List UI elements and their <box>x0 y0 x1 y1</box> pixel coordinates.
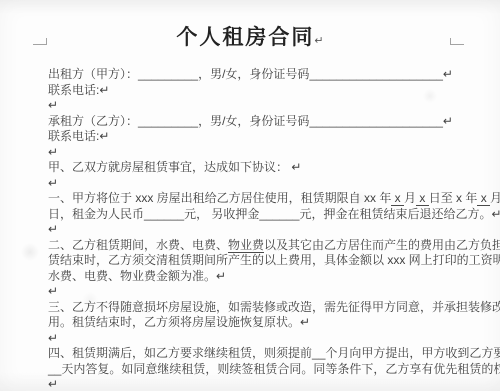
text-segment: 用。租赁结束时，乙方须将房屋设施恢复原状。↵ <box>48 315 310 329</box>
text-segment: ↵ <box>48 145 58 159</box>
contract-line: 联系电话:↵ <box>48 129 500 145</box>
text-segment: ↵ <box>48 331 58 345</box>
paragraph-mark-icon: ↵ <box>314 35 323 47</box>
contract-line: 日，租金为人民币______元， 另收押金______元，押金在租赁结束后退还给… <box>48 207 500 223</box>
contract-line: 赁结束时，乙方须交清租赁期间所产生的以上费用，具体金额以 xxx 网上打印的工资… <box>48 253 500 269</box>
text-segment: 联系电话:↵ <box>48 83 109 97</box>
text-segment: 天内答复。如同意继续租赁，则续签租赁合同。同等条件下，乙方享有优先租赁的权利。↵ <box>61 362 500 376</box>
contract-line: 用。租赁结束时，乙方须将房屋设施恢复原状。↵ <box>48 315 500 331</box>
text-segment: 承租方（乙方）： <box>48 114 138 128</box>
text-segment: 二、乙方租赁期间，水费、电费、 <box>48 238 228 252</box>
text-segment: 以及其它由乙方居住而产生的费用由乙方负担。租 <box>264 238 500 252</box>
text-segment: __ <box>312 346 325 360</box>
text-segment: _________ <box>138 67 198 81</box>
text-segment: 联系电话:↵ <box>48 129 109 143</box>
contract-line: 四、租赁期满后，如乙方要求继续租赁，则须提前__个月向甲方提出，甲方收到乙方要求… <box>48 346 500 362</box>
text-segment: 赁结束时，乙方须交清租赁期间所产生的以上费用，具体金额以 xxx 网上打印的工资… <box>48 253 500 267</box>
underlined-blank: x <box>477 191 490 206</box>
text-segment: ↵ <box>443 114 453 128</box>
text-segment: ____________________ <box>309 114 442 128</box>
text-segment: 甲、乙双方就房屋租赁事宜，达成如下协议： ↵ <box>48 160 301 174</box>
text-segment: ↵ <box>443 67 453 81</box>
contract-line: 水费、电费、物业费金额为准。↵ <box>48 269 500 285</box>
text-segment: 水费、电费、物业费金额为准。↵ <box>48 269 226 283</box>
contract-line: 三、乙方不得随意损坏房屋设施，如需装修或改造，需先征得甲方同意，并承担装修改造费 <box>48 300 500 316</box>
text-segment: ↵ <box>48 284 58 298</box>
text-segment: 日至 x 年 <box>429 191 478 205</box>
underlined-blank: x <box>416 191 429 206</box>
text-segment: ____________________ <box>309 67 442 81</box>
text-segment: __ <box>48 362 61 376</box>
contract-line: ↵ <box>48 98 500 114</box>
underlined-blank: 物业费 <box>228 238 264 253</box>
contract-line: ↵ <box>48 377 500 391</box>
text-segment: 元， 另收押金 <box>184 207 259 221</box>
text-segment: ______ <box>144 207 184 221</box>
text-segment: 三、乙方不得随意损坏房屋设施，如需装修或改造，需先征得甲方同意，并承担装修改造费 <box>48 300 500 314</box>
text-segment: 一、甲方将位于 xxx 房屋出租给乙方居住使用，租赁期限自 xx 年 <box>48 191 391 205</box>
text-segment: 元，押金在租赁结束后退还给乙方。↵ <box>299 207 500 221</box>
text-segment: ，男/女，身份证号码 <box>198 67 309 81</box>
text-segment: ↵ <box>48 377 58 391</box>
contract-line: 承租方（乙方）：_________，男/女，身份证号码_____________… <box>48 114 500 130</box>
contract-line: 出租方（甲方）：_________，男/女，身份证号码_____________… <box>48 67 500 83</box>
text-segment: 个月向甲方提出，甲方收到乙方要求后 <box>325 346 500 360</box>
text-segment: ______ <box>259 207 299 221</box>
contract-line: ↵ <box>48 145 500 161</box>
text-segment: ↵ <box>48 98 58 112</box>
contract-line: 甲、乙双方就房屋租赁事宜，达成如下协议： ↵ <box>48 160 500 176</box>
text-segment: 月 <box>490 191 500 205</box>
contract-line: __天内答复。如同意继续租赁，则续签租赁合同。同等条件下，乙方享有优先租赁的权利… <box>48 362 500 378</box>
contract-line: 联系电话:↵ <box>48 83 500 99</box>
text-segment: ↵ <box>48 222 58 236</box>
text-segment: 日，租金为人民币 <box>48 207 144 221</box>
text-segment: 月 <box>404 191 416 205</box>
text-segment: ↵ <box>48 176 58 190</box>
text-segment: ，男/女，身份证号码 <box>198 114 309 128</box>
text-segment: 出租方（甲方）： <box>48 67 138 81</box>
contract-line: ↵ <box>48 331 500 347</box>
contract-line: ↵ <box>48 176 500 192</box>
page-margin-mark-top-right <box>450 38 464 45</box>
page-margin-mark-top-left <box>33 38 47 45</box>
contract-line: ↵ <box>48 222 500 238</box>
text-segment: _________ <box>138 114 198 128</box>
contract-body: 出租方（甲方）：_________，男/女，身份证号码_____________… <box>48 67 500 391</box>
underlined-blank: x <box>391 191 404 206</box>
contract-title: 个人租房合同↵ <box>0 25 500 54</box>
contract-line: 一、甲方将位于 xxx 房屋出租给乙方居住使用，租赁期限自 xx 年 x 月 x… <box>48 191 500 207</box>
text-segment: 四、租赁期满后，如乙方要求继续租赁，则须提前 <box>48 346 312 360</box>
contract-title-text: 个人租房合同 <box>176 26 314 49</box>
contract-line: ↵ <box>48 284 500 300</box>
scanned-contract-page: 个人租房合同↵ 出租方（甲方）：_________，男/女，身份证号码_____… <box>0 0 500 391</box>
contract-line: 二、乙方租赁期间，水费、电费、物业费以及其它由乙方居住而产生的费用由乙方负担。租 <box>48 238 500 254</box>
